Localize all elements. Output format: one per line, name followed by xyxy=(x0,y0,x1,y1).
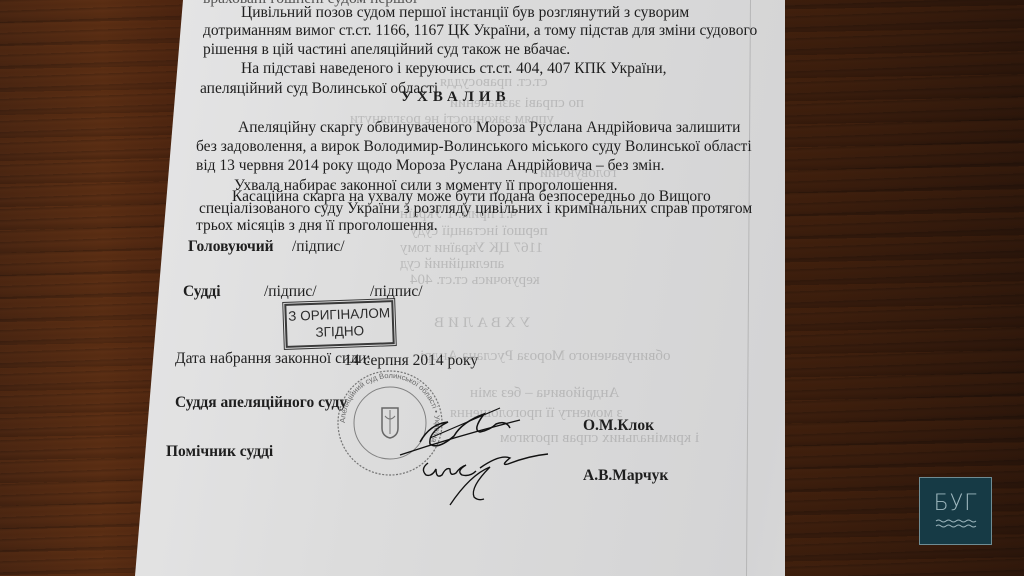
judges-label: Судді xyxy=(183,283,221,301)
doc-line: На підставі наведеного і керуючись ст.ст… xyxy=(241,60,667,78)
doc-line: Цивільний позов судом першої інстанції б… xyxy=(241,4,689,22)
court-ruling-document: ст.ст. правосуддя по справі зазначений у… xyxy=(0,0,1024,576)
bleed-through-text: керуючись ст.ст. 404 xyxy=(410,272,540,289)
ruling-heading: УХВАЛИВ xyxy=(401,89,511,106)
official-name: А.В.Марчук xyxy=(583,467,668,485)
official-role: Помічник судді xyxy=(166,443,273,461)
ruling-line: Апеляційну скаргу обвинуваченого Мороза … xyxy=(238,119,740,137)
bleed-through-text: 1167 ЦК України тому xyxy=(400,240,543,257)
ruling-line: трьох місяців з дня її проголошення. xyxy=(196,217,438,235)
ruling-line: спеціалізованого суду України з розгляду… xyxy=(199,200,752,218)
waves-icon xyxy=(920,518,993,530)
certified-copy-stamp: З ОРИГІНАЛОМ ЗГІДНО xyxy=(284,300,394,348)
official-name: О.М.Клок xyxy=(583,417,654,435)
presiding-signature: /підпис/ xyxy=(292,238,345,256)
doc-line: рішення в цій частині апеляційний суд та… xyxy=(203,41,570,59)
bug-logo-watermark: БУГ xyxy=(919,477,992,545)
handwritten-signatures xyxy=(360,380,620,520)
doc-line: дотриманням вимог ст.ст. 1166, 1167 ЦК У… xyxy=(203,22,757,40)
ruling-line: від 13 червня 2014 року щодо Мороза Русл… xyxy=(196,157,665,175)
presiding-label: Головуючий xyxy=(188,238,274,256)
official-role: Суддя апеляційного суду xyxy=(175,394,347,412)
effective-date-label: Дата набрання законної сили: xyxy=(175,350,371,368)
ruling-line: без задоволення, а вирок Володимир-Волин… xyxy=(196,138,752,156)
bleed-through-text: апеляційний суд xyxy=(400,256,504,273)
bleed-through-text: УХВАЛИВ xyxy=(430,315,530,332)
logo-text: БУГ xyxy=(920,491,991,516)
judges-signature-2: /підпис/ xyxy=(370,283,423,301)
judges-signature-1: /підпис/ xyxy=(264,283,317,301)
